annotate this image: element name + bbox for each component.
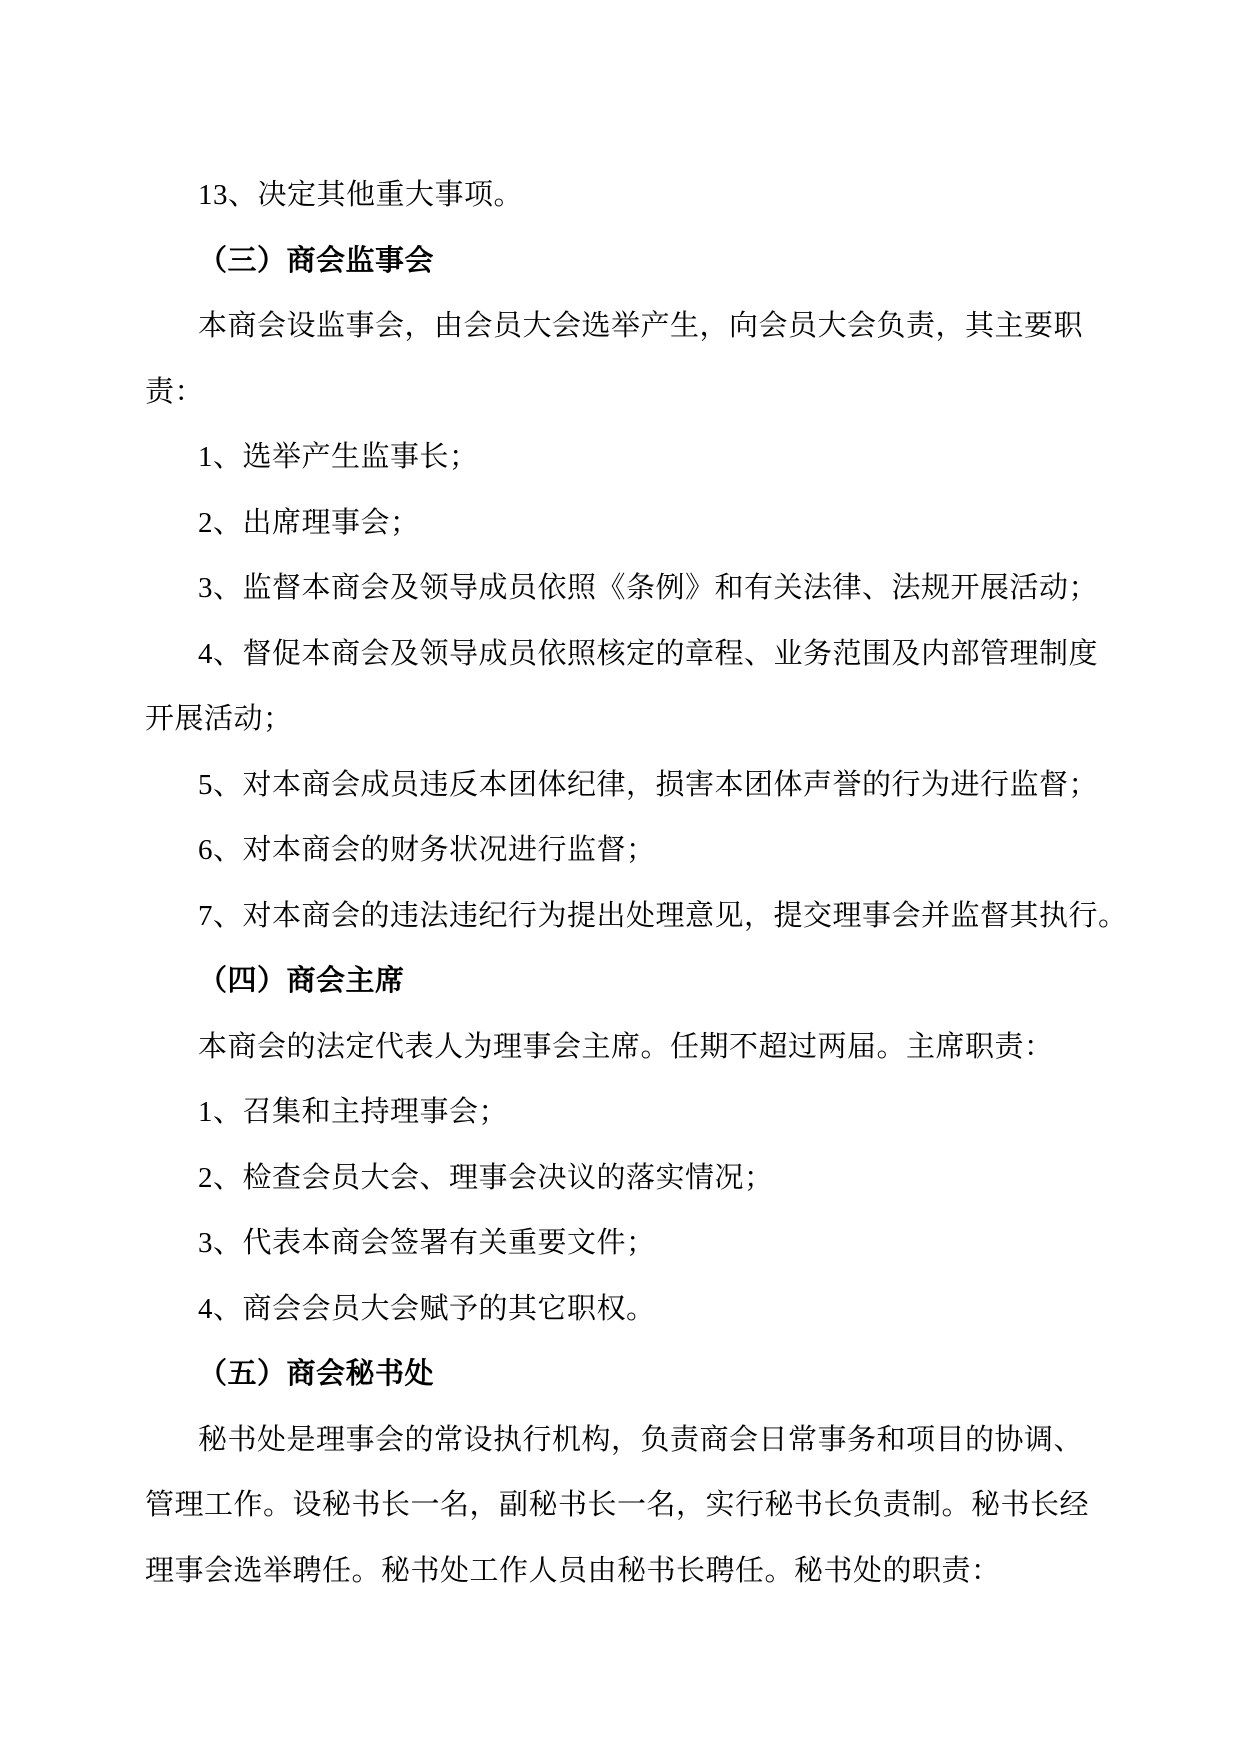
paragraph-continuation-line: 开展活动； xyxy=(145,687,1140,753)
section-heading-iv: （四）商会主席 xyxy=(145,949,1140,1015)
list-item-line: 4、商会会员大会赋予的其它职权。 xyxy=(145,1277,1140,1343)
list-item-line: 1、召集和主持理事会； xyxy=(145,1080,1140,1146)
paragraph-line: 本商会的法定代表人为理事会主席。任期不超过两届。主席职责： xyxy=(145,1015,1140,1081)
list-item-line: 3、监督本商会及领导成员依照《条例》和有关法律、法规开展活动； xyxy=(145,556,1140,622)
paragraph-line: 本商会设监事会，由会员大会选举产生，向会员大会负责，其主要职 xyxy=(145,294,1140,360)
list-item-line: 2、出席理事会； xyxy=(145,491,1140,557)
document-page: 13、决定其他重大事项。 （三）商会监事会 本商会设监事会，由会员大会选举产生，… xyxy=(0,0,1240,1754)
list-item-line: 6、对本商会的财务状况进行监督； xyxy=(145,818,1140,884)
list-item-line: 13、决定其他重大事项。 xyxy=(145,163,1140,229)
paragraph-line: 秘书处是理事会的常设执行机构，负责商会日常事务和项目的协调、 xyxy=(145,1408,1140,1474)
section-heading-v: （五）商会秘书处 xyxy=(145,1342,1140,1408)
paragraph-continuation-line: 理事会选举聘任。秘书处工作人员由秘书长聘任。秘书处的职责： xyxy=(145,1539,1140,1605)
list-item-line: 2、检查会员大会、理事会决议的落实情况； xyxy=(145,1146,1140,1212)
paragraph-continuation-line: 管理工作。设秘书长一名，副秘书长一名，实行秘书长负责制。秘书长经 xyxy=(145,1473,1140,1539)
list-item-line: 5、对本商会成员违反本团体纪律，损害本团体声誉的行为进行监督； xyxy=(145,753,1140,819)
list-item-line: 1、选举产生监事长； xyxy=(145,425,1140,491)
list-item-line: 7、对本商会的违法违纪行为提出处理意见，提交理事会并监督其执行。 xyxy=(145,884,1140,950)
list-item-line: 4、督促本商会及领导成员依照核定的章程、业务范围及内部管理制度 xyxy=(145,622,1140,688)
section-heading-iii: （三）商会监事会 xyxy=(145,229,1140,295)
paragraph-continuation-line: 责： xyxy=(145,360,1140,426)
list-item-line: 3、代表本商会签署有关重要文件； xyxy=(145,1211,1140,1277)
